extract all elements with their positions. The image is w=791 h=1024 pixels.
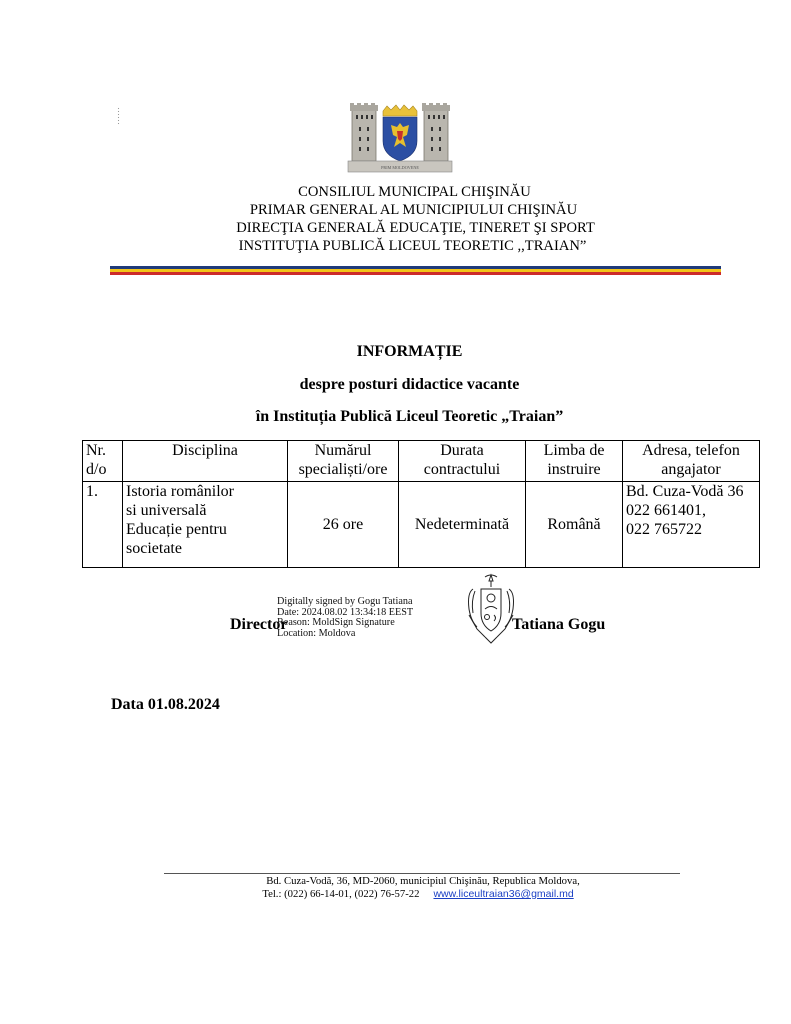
header-durata: Duratacontractului [399,441,526,482]
header-line-direction: DIRECŢIA GENERALĂ EDUCAŢIE, TINERET ŞI S… [0,219,791,237]
signer-name: Tatiana Gogu [512,616,605,634]
table-row: 1. Istoria românilor si universală Educa… [83,482,760,568]
table-header-row: Nr.d/o Disciplina Numărulspecialiști/ore… [83,441,760,482]
cell-disciplina: Istoria românilor si universală Educație… [123,482,288,568]
header-adresa: Adresa, telefonangajator [623,441,760,482]
document-date: Data 01.08.2024 [111,696,220,714]
header-line-institution: INSTITUŢIA PUBLICĂ LICEUL TEORETIC ,,TRA… [0,237,791,255]
footer-phones: Tel.: (022) 66-14-01, (022) 76-57-22 [262,888,419,900]
vacancies-table: Nr.d/o Disciplina Numărulspecialiști/ore… [82,440,760,568]
digital-signature-info: Digitally signed by Gogu Tatiana Date: 2… [277,597,413,639]
header-numar: Numărulspecialiști/ore [288,441,399,482]
footer-divider [164,873,680,874]
header-disciplina: Disciplina [123,441,288,482]
tricolor-divider [110,266,721,275]
svg-text:PRIM MOLDOVENE: PRIM MOLDOVENE [381,165,419,170]
header-nr: Nr.d/o [83,441,123,482]
document-institution-line: în Instituția Publică Liceul Teoretic „T… [0,408,791,426]
institution-header: CONSILIUL MUNICIPAL CHIŞINĂU PRIMAR GENE… [0,183,791,255]
margin-marker [117,107,120,125]
footer-address: Bd. Cuza-Vodă, 36, MD-2060, municipiul C… [0,875,791,888]
moldova-emblem-icon [463,571,519,647]
header-line-council: CONSILIUL MUNICIPAL CHIŞINĂU [0,183,791,201]
header-limba: Limba deinstruire [526,441,623,482]
cell-nr: 1. [83,482,123,568]
footer-email-link[interactable]: www.liceultraian36@gmail.md [433,888,573,900]
cell-numar: 26 ore [288,482,399,568]
footer: Bd. Cuza-Vodă, 36, MD-2060, municipiul C… [0,875,791,901]
cell-durata: Nedeterminată [399,482,526,568]
cell-adresa: Bd. Cuza-Vodă 36 022 661401, 022 765722 [623,482,760,568]
document-subtitle: despre posturi didactice vacante [0,376,791,394]
cell-limba: Română [526,482,623,568]
header-line-mayor: PRIMAR GENERAL AL MUNICIPIULUI CHIŞINĂU [0,201,791,219]
chisinau-coat-of-arms-icon: PRIM MOLDOVENE [346,103,454,175]
document-title: INFORMAȚIE [0,343,791,361]
